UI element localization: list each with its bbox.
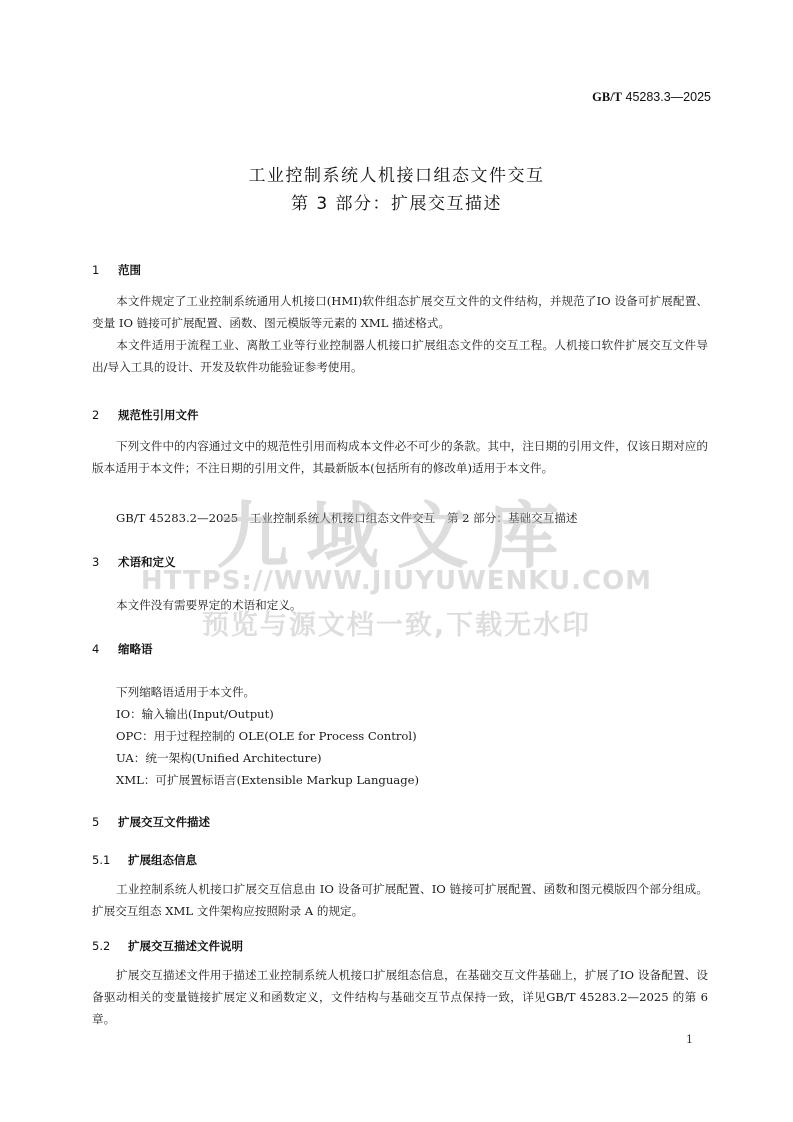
section-2-heading: 2规范性引用文件 xyxy=(92,407,199,423)
abbreviations-intro: 下列缩略语适用于本文件。 xyxy=(116,684,255,700)
abbreviation-item: UA：统一架构(Unified Architecture) xyxy=(116,750,322,766)
page-number: 1 xyxy=(686,1033,693,1046)
section-5-2-paragraph: 扩展交互描述文件用于描述工业控制系统人机接口扩展组态信息，在基础交互文件基础上，… xyxy=(92,964,708,1030)
section-2-paragraph-1: 下列文件中的内容通过文中的规范性引用而构成本文件必不可少的条款。其中，注日期的引… xyxy=(92,435,708,479)
standard-code: 45283.3—2025 xyxy=(626,90,712,104)
section-1-heading: 1范围 xyxy=(92,262,141,278)
standard-number: GB/T 45283.3—2025 xyxy=(592,90,711,105)
document-title: 工业控制系统人机接口组态文件交互 xyxy=(0,161,793,186)
watermark-url: HTTPS://WWW.JIUYUWENKU.COM xyxy=(0,566,793,596)
section-5-1-paragraph: 工业控制系统人机接口扩展交互信息由 IO 设备可扩展配置、IO 链接可扩展配置、… xyxy=(92,878,708,922)
section-3-heading: 3术语和定义 xyxy=(92,554,176,570)
section-5-2-heading: 5.2扩展交互描述文件说明 xyxy=(92,938,243,954)
section-5-1-heading: 5.1扩展组态信息 xyxy=(92,852,197,868)
section-4-heading: 4缩略语 xyxy=(92,641,153,657)
normative-reference: GB/T 45283.2—2025 工业控制系统人机接口组态文件交互 第 2 部… xyxy=(116,510,578,526)
section-5-heading: 5扩展交互文件描述 xyxy=(92,814,210,830)
abbreviation-item: IO：输入输出(Input/Output) xyxy=(116,706,274,722)
section-3-paragraph-1: 本文件没有需要界定的术语和定义。 xyxy=(116,597,302,613)
document-page: GB/T 45283.3—2025 工业控制系统人机接口组态文件交互 第 3 部… xyxy=(0,0,793,1122)
abbreviation-item: XML：可扩展置标语言(Extensible Markup Language) xyxy=(116,772,419,788)
section-1-paragraph-1: 本文件规定了工业控制系统通用人机接口(HMI)软件组态扩展交互文件的文件结构，并… xyxy=(92,290,708,334)
document-subtitle: 第 3 部分：扩展交互描述 xyxy=(0,189,793,214)
abbreviation-item: OPC：用于过程控制的 OLE(OLE for Process Control) xyxy=(116,728,417,744)
section-1-paragraph-2: 本文件适用于流程工业、离散工业等行业控制器人机接口扩展组态文件的交互工程。人机接… xyxy=(92,334,708,378)
standard-prefix: GB/T xyxy=(592,90,622,104)
